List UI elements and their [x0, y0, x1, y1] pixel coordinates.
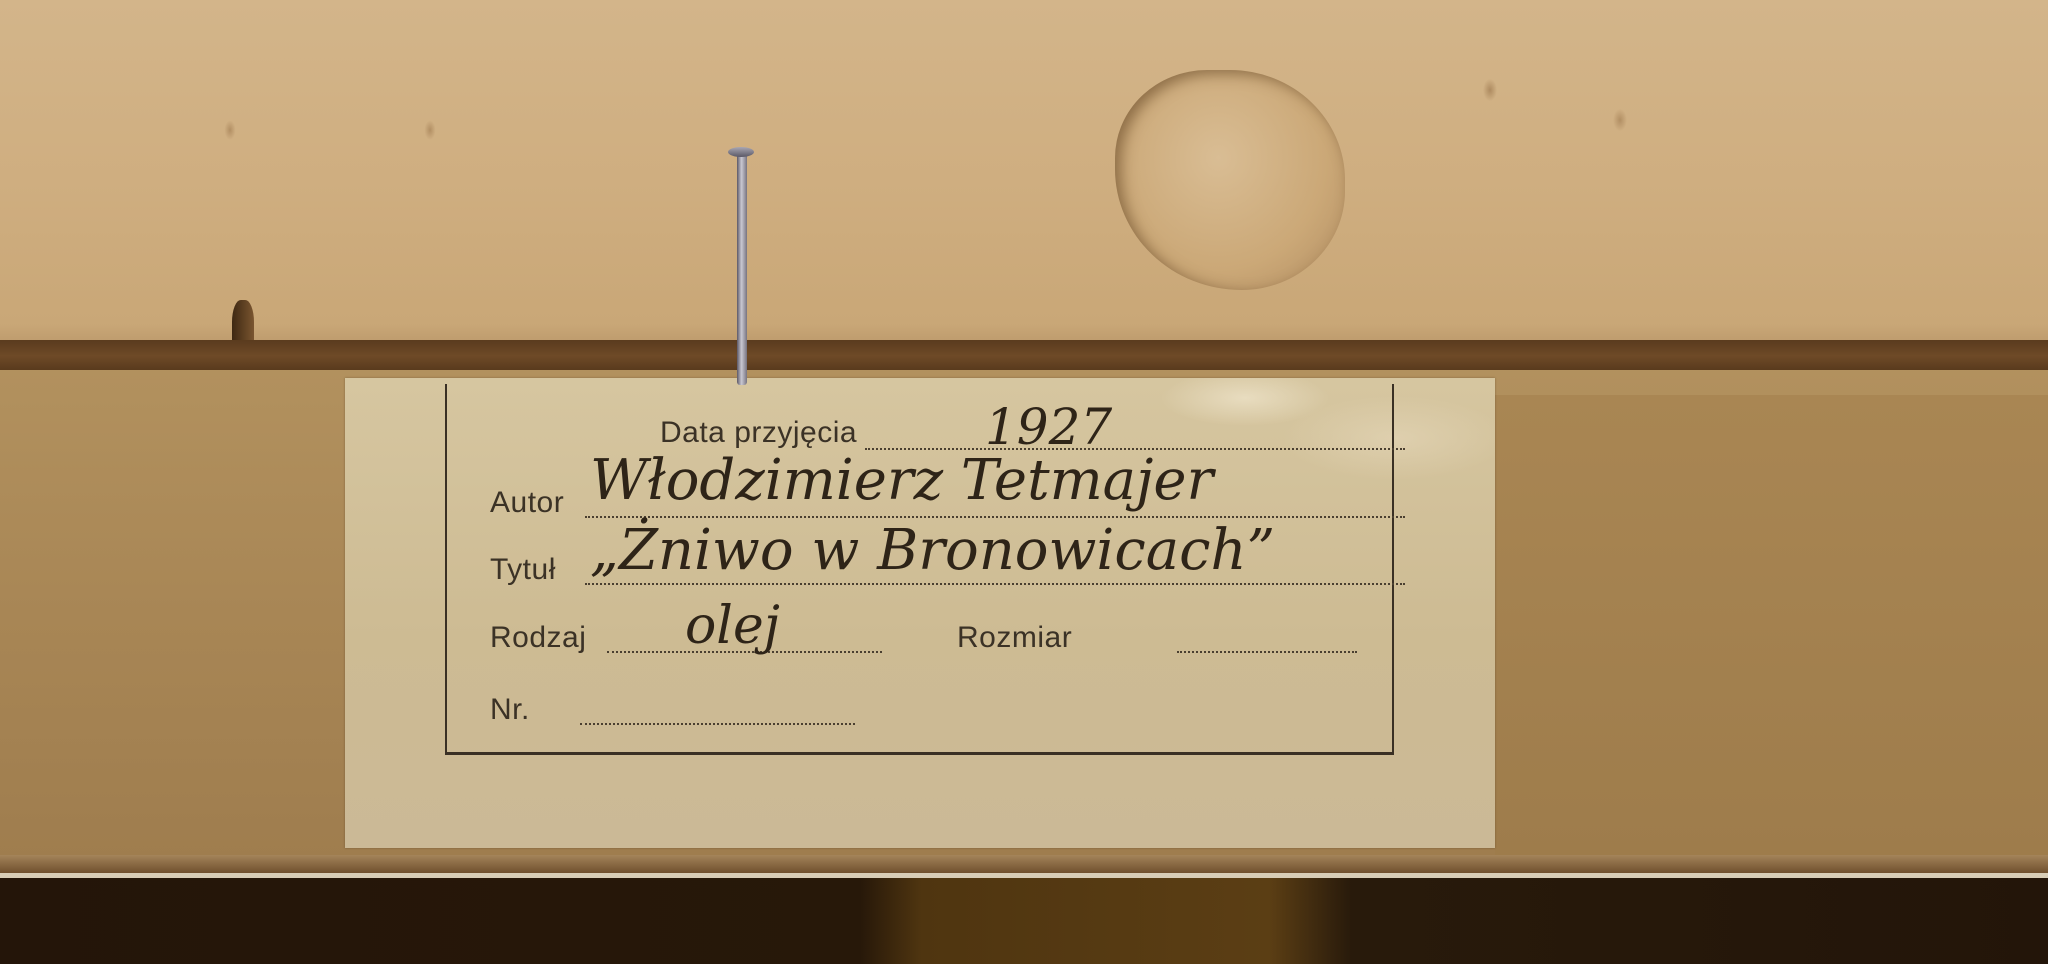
size-label: Rozmiar	[957, 621, 1072, 655]
inventory-label: Data przyjęcia 1927 Autor Włodzimierz Te…	[345, 378, 1495, 848]
number-label: Nr.	[490, 693, 530, 727]
frame-rail-inner	[0, 855, 2048, 875]
cardboard-backing-right	[1495, 395, 2048, 860]
date-label: Data przyjęcia	[660, 416, 857, 450]
author-value: Włodzimierz Tetmajer	[590, 448, 1213, 513]
type-label: Rodzaj	[490, 621, 586, 655]
frame-rail-dark	[0, 878, 2048, 964]
upper-wood-board	[0, 0, 2048, 360]
nail-icon	[737, 150, 747, 385]
nail-head-icon	[728, 147, 754, 157]
author-label: Autor	[490, 486, 564, 520]
title-dotted-line	[585, 583, 1405, 585]
title-label: Tytuł	[490, 553, 556, 587]
painting-reverse: Data przyjęcia 1927 Autor Włodzimierz Te…	[0, 0, 2048, 964]
size-dotted-line	[1177, 651, 1357, 653]
title-value: „Żniwo w Bronowicach”	[590, 518, 1275, 583]
number-dotted-line	[580, 723, 855, 725]
type-value: olej	[685, 596, 780, 656]
